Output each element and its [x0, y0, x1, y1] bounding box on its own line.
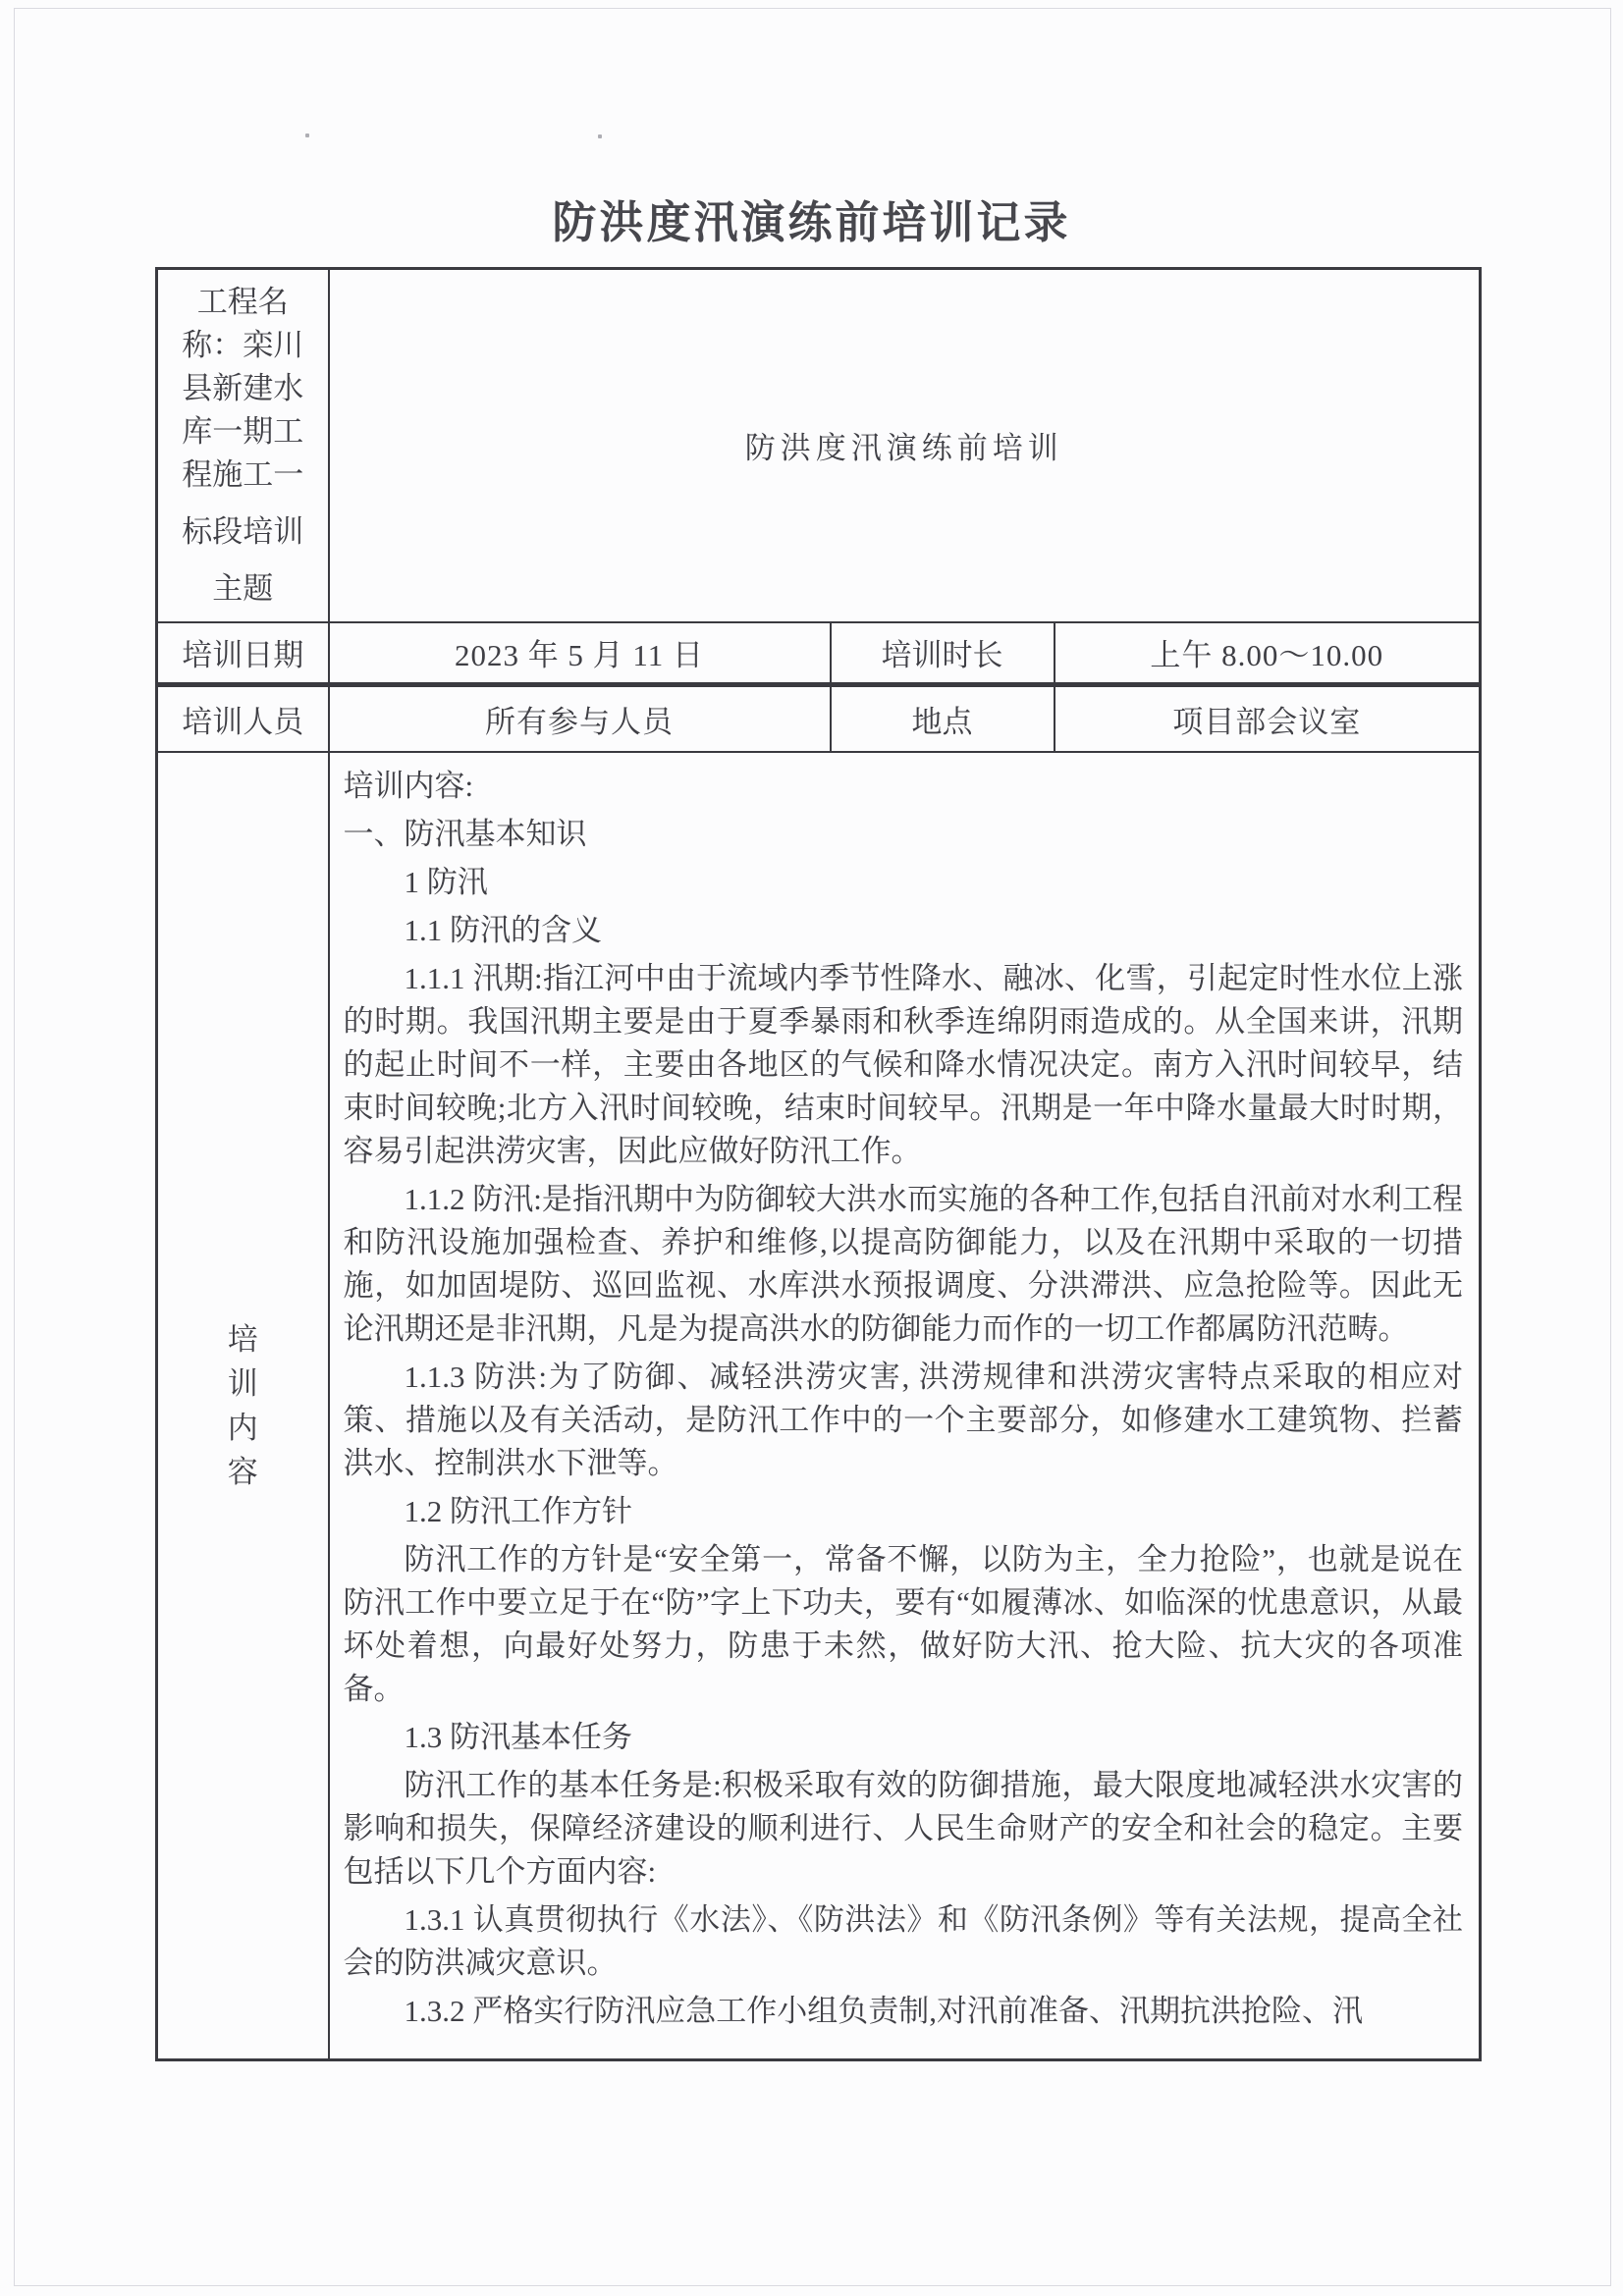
table-row-project: 工程名称：栾川县新建水库一期工程施工一标段培训主题 防洪度汛演练前培训	[157, 269, 1481, 622]
content-paragraph: 1.1 防汛的含义	[344, 909, 1464, 952]
content-paragraph: 1.3.1 认真贯彻执行《水法》、《防洪法》和《防汛条例》等有关法规，提高全社会…	[344, 1898, 1464, 1985]
training-date-label: 培训日期	[157, 622, 329, 685]
location-value: 项目部会议室	[1055, 685, 1481, 752]
training-content-cell: 培训内容:一、防汛基本知识1 防汛1.1 防汛的含义1.1.1 汛期:指江河中由…	[329, 752, 1481, 2060]
training-record-table: 工程名称：栾川县新建水库一期工程施工一标段培训主题 防洪度汛演练前培训 培训日期…	[155, 267, 1482, 2061]
content-paragraph: 1.3.2 严格实行防汛应急工作小组负责制,对汛前准备、汛期抗洪抢险、汛	[344, 1990, 1464, 2033]
scan-speck	[305, 133, 309, 137]
training-topic-value: 防洪度汛演练前培训	[329, 269, 1481, 622]
content-paragraph: 1 防汛	[344, 861, 1464, 904]
training-content-label-char: 培	[159, 1317, 327, 1362]
project-name-line: 库一期工	[168, 410, 318, 454]
content-paragraph: 防汛工作的基本任务是:积极采取有效的防御措施，最大限度地减轻洪水灾害的影响和损失…	[344, 1764, 1464, 1894]
training-duration-value: 上午 8.00～10.00	[1055, 622, 1481, 685]
table-row-date: 培训日期 2023 年 5 月 11 日 培训时长 上午 8.00～10.00	[157, 622, 1481, 685]
project-name-cell: 工程名称：栾川县新建水库一期工程施工一标段培训主题	[157, 269, 329, 622]
trainees-value: 所有参与人员	[329, 685, 831, 752]
training-content-label-char: 内	[159, 1406, 327, 1450]
content-paragraph: 1.1.1 汛期:指江河中由于流域内季节性降水、融冰、化雪，引起定时性水位上涨的…	[344, 957, 1464, 1173]
project-name-line: 工程名	[168, 281, 318, 324]
content-paragraph: 防汛工作的方针是“安全第一，常备不懈，以防为主，全力抢险”，也就是说在防汛工作中…	[344, 1538, 1464, 1711]
project-name-line: 称：栾川	[168, 324, 318, 367]
training-date-value: 2023 年 5 月 11 日	[329, 622, 831, 685]
training-content-label: 培训内容	[157, 752, 329, 2060]
scan-speck	[598, 134, 602, 138]
training-content-label-char: 训	[159, 1362, 327, 1406]
project-name-line: 县新建水	[168, 367, 318, 410]
training-duration-label: 培训时长	[831, 622, 1055, 685]
trainees-label: 培训人员	[157, 685, 329, 752]
table-row-personnel: 培训人员 所有参与人员 地点 项目部会议室	[157, 685, 1481, 752]
training-content-label-char: 容	[159, 1450, 327, 1494]
project-name-line: 程施工一	[168, 454, 318, 497]
content-paragraph: 1.2 防汛工作方针	[344, 1490, 1464, 1533]
content-paragraph: 一、防汛基本知识	[344, 813, 1464, 856]
table-row-content: 培训内容 培训内容:一、防汛基本知识1 防汛1.1 防汛的含义1.1.1 汛期:…	[157, 752, 1481, 2060]
page-title: 防洪度汛演练前培训记录	[0, 187, 1623, 250]
content-paragraph: 1.1.2 防汛:是指汛期中为防御较大洪水而实施的各种工作,包括自汛前对水利工程…	[344, 1178, 1464, 1351]
document-page: 防洪度汛演练前培训记录 工程名称：栾川县新建水库一期工程施工一标段培训主题 防洪…	[0, 0, 1623, 2296]
location-label: 地点	[831, 685, 1055, 752]
content-paragraph: 1.3 防汛基本任务	[344, 1716, 1464, 1759]
content-paragraph: 1.1.3 防洪:为了防御、减轻洪涝灾害, 洪涝规律和洪涝灾害特点采取的相应对策…	[344, 1356, 1464, 1485]
project-name-line: 标段培训	[168, 510, 318, 554]
content-paragraph: 培训内容:	[344, 765, 1464, 808]
project-name-line: 主题	[168, 567, 318, 611]
